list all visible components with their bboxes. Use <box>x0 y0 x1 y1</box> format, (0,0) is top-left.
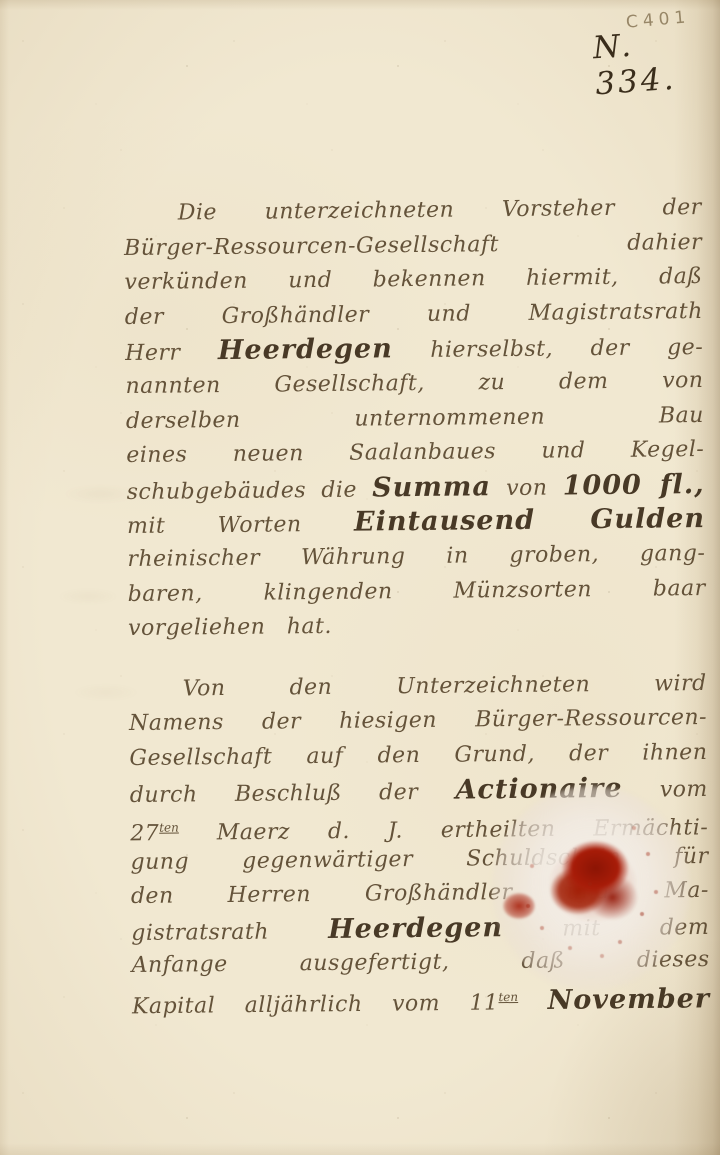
text-segment: ten <box>159 821 179 835</box>
text-segment: der Großhändler und Magistratsrath <box>125 299 703 330</box>
text-line: verkünden und bekennen hiermit, daß <box>124 260 702 301</box>
text-segment: 11 <box>469 991 498 1016</box>
text-segment: ten <box>498 990 518 1004</box>
paragraph-2: Von den Unterzeichneten wirdNamens der h… <box>129 667 711 1019</box>
text-segment: derselben unternommenen Bau <box>126 403 704 434</box>
text-segment: gung gegenwärtiger Schuldschein für <box>130 844 708 875</box>
text-segment: 1000 fl., <box>563 469 705 501</box>
text-segment: Summa <box>372 471 491 503</box>
text-segment: gistratsrath <box>131 919 328 946</box>
text-segment: vom <box>622 776 708 802</box>
text-line: 27ten Maerz d. J. ertheilten Ermächti- <box>130 805 708 846</box>
text-segment: Bürger-Ressourcen-Gesellschaft dahier <box>124 230 702 261</box>
text-segment: schubgebäudes die <box>127 477 373 505</box>
text-line: Die unterzeichneten Vorsteher der <box>124 191 702 232</box>
page-edge-shadow-left <box>0 0 9 1155</box>
text-segment: rheinischer Währung in groben, gang- <box>127 541 705 572</box>
text-segment: Gesellschaft auf den Grund, der ihnen <box>129 740 707 771</box>
text-line: baren, klingenden Münzsorten baar <box>128 572 706 613</box>
text-segment: Herr <box>125 340 218 366</box>
text-segment: baren, klingenden Münzsorten baar <box>128 576 706 607</box>
text-segment: eines neuen Saalanbaues und Kegel- <box>126 437 704 468</box>
text-line: den Herren Großhändler und Ma- <box>131 874 709 915</box>
wax-seal-droplet <box>503 893 535 919</box>
text-line: nannten Gesellschaft, zu dem von <box>125 364 703 405</box>
text-line: rheinischer Währung in groben, gang- <box>127 537 705 578</box>
page-edge-shadow-top <box>0 0 720 10</box>
text-segment: Heerdegen <box>328 912 503 945</box>
text-segment: vorgeliehen hat. <box>128 614 332 641</box>
text-segment: hierselbst, der ge- <box>393 335 704 363</box>
text-line: vorgeliehen hat. <box>128 606 706 647</box>
document-text: Die unterzeichneten Vorsteher derBürger-… <box>124 191 711 1045</box>
text-segment <box>518 990 548 1015</box>
text-segment: Heerdegen <box>218 334 393 367</box>
text-line: Gesellschaft auf den Grund, der ihnen <box>129 736 707 777</box>
text-segment: den Herren Großhändler und Ma- <box>131 878 709 909</box>
text-segment: Anfange ausgefertigt, daß dieses <box>131 947 709 978</box>
text-segment: Von den Unterzeichneten wird <box>183 671 707 701</box>
text-segment: mit dem <box>503 915 709 942</box>
text-segment: November <box>547 983 710 1016</box>
text-line: mit Worten Eintausend Gulden <box>127 502 705 543</box>
text-segment: mit Worten <box>127 512 354 539</box>
document-number: N. 334. <box>592 22 720 103</box>
text-segment: verkünden und bekennen hiermit, daß <box>124 264 702 295</box>
text-segment: Eintausend Gulden <box>354 503 705 538</box>
text-segment: durch Beschluß der <box>130 779 456 807</box>
text-line: eines neuen Saalanbaues und Kegel- <box>126 433 704 474</box>
text-segment: von <box>491 475 563 501</box>
text-segment: nannten Gesellschaft, zu dem von <box>125 368 703 399</box>
manuscript-page: C401 N. 334. Die unterzeichneten Vorsteh… <box>0 0 720 1155</box>
text-segment: Actionaire <box>455 772 622 805</box>
paragraph-1: Die unterzeichneten Vorsteher derBürger-… <box>124 191 707 647</box>
text-segment: Kapital alljährlich vom <box>132 991 470 1020</box>
text-line: Namens der hiesigen Bürger-Ressourcen- <box>129 701 707 742</box>
text-segment: Die unterzeichneten Vorsteher der <box>178 195 702 225</box>
text-segment: Namens der hiesigen Bürger-Ressourcen- <box>129 705 707 736</box>
text-segment: 27 <box>130 821 159 846</box>
text-line: Kapital alljährlich vom 11ten November <box>132 978 710 1019</box>
